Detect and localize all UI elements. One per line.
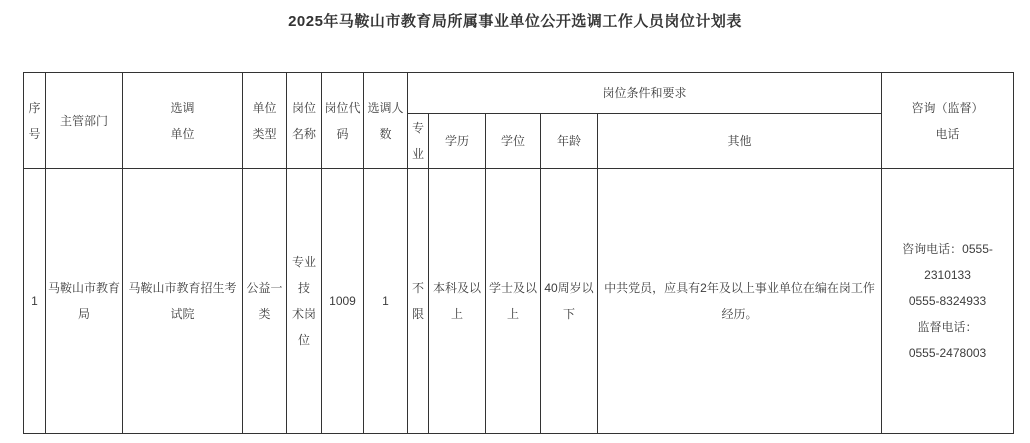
cell-gangwei-mingcheng: 专业技术岗位	[287, 169, 322, 434]
header-cell-xuewei: 学位	[486, 114, 541, 169]
header-cell-gangwei-mingcheng: 岗位名称	[287, 73, 322, 169]
cell-zhuanye: 不限	[408, 169, 429, 434]
header-cell-xuandiao-renshu: 选调人数	[364, 73, 408, 169]
page-title: 2025年马鞍山市教育局所属事业单位公开选调工作人员岗位计划表	[0, 10, 1030, 31]
cell-xueli: 本科及以上	[429, 169, 486, 434]
job-plan-table: 序号 主管部门 选调单位 单位类型 岗位名称 岗位代码 选调人数 岗位条件和要求…	[23, 72, 1014, 434]
cell-gangwei-daima: 1009	[322, 169, 364, 434]
header-cell-conditions-group: 岗位条件和要求	[408, 73, 882, 114]
header-cell-xueli: 学历	[429, 114, 486, 169]
cell-danwei-leixing: 公益一类	[243, 169, 287, 434]
header-cell-xuhao: 序号	[24, 73, 46, 169]
header-cell-qita: 其他	[598, 114, 882, 169]
cell-xuandiao-danwei: 马鞍山市教育招生考试院	[123, 169, 243, 434]
cell-qita: 中共党员，应具有2年及以上事业单位在编在岗工作经历。	[598, 169, 882, 434]
header-cell-xuandiao-danwei: 选调单位	[123, 73, 243, 169]
cell-zhuguan-bumen: 马鞍山市教育局	[46, 169, 123, 434]
header-cell-danwei-leixing: 单位类型	[243, 73, 287, 169]
header-row-top: 序号 主管部门 选调单位 单位类型 岗位名称 岗位代码 选调人数 岗位条件和要求…	[24, 73, 1014, 114]
header-cell-zhuguan-bumen: 主管部门	[46, 73, 123, 169]
cell-xuewei: 学士及以上	[486, 169, 541, 434]
table-row: 1 马鞍山市教育局 马鞍山市教育招生考试院 公益一类 专业技术岗位 1009 1…	[24, 169, 1014, 434]
cell-xuandiao-renshu: 1	[364, 169, 408, 434]
cell-phone: 咨询电话：0555-23101330555-8324933监督电话：0555-2…	[882, 169, 1014, 434]
cell-nianling: 40周岁以下	[541, 169, 598, 434]
cell-xuhao: 1	[24, 169, 46, 434]
header-cell-nianling: 年龄	[541, 114, 598, 169]
header-cell-phone: 咨询（监督）电话	[882, 73, 1014, 169]
header-cell-gangwei-daima: 岗位代码	[322, 73, 364, 169]
header-cell-zhuanye: 专业	[408, 114, 429, 169]
